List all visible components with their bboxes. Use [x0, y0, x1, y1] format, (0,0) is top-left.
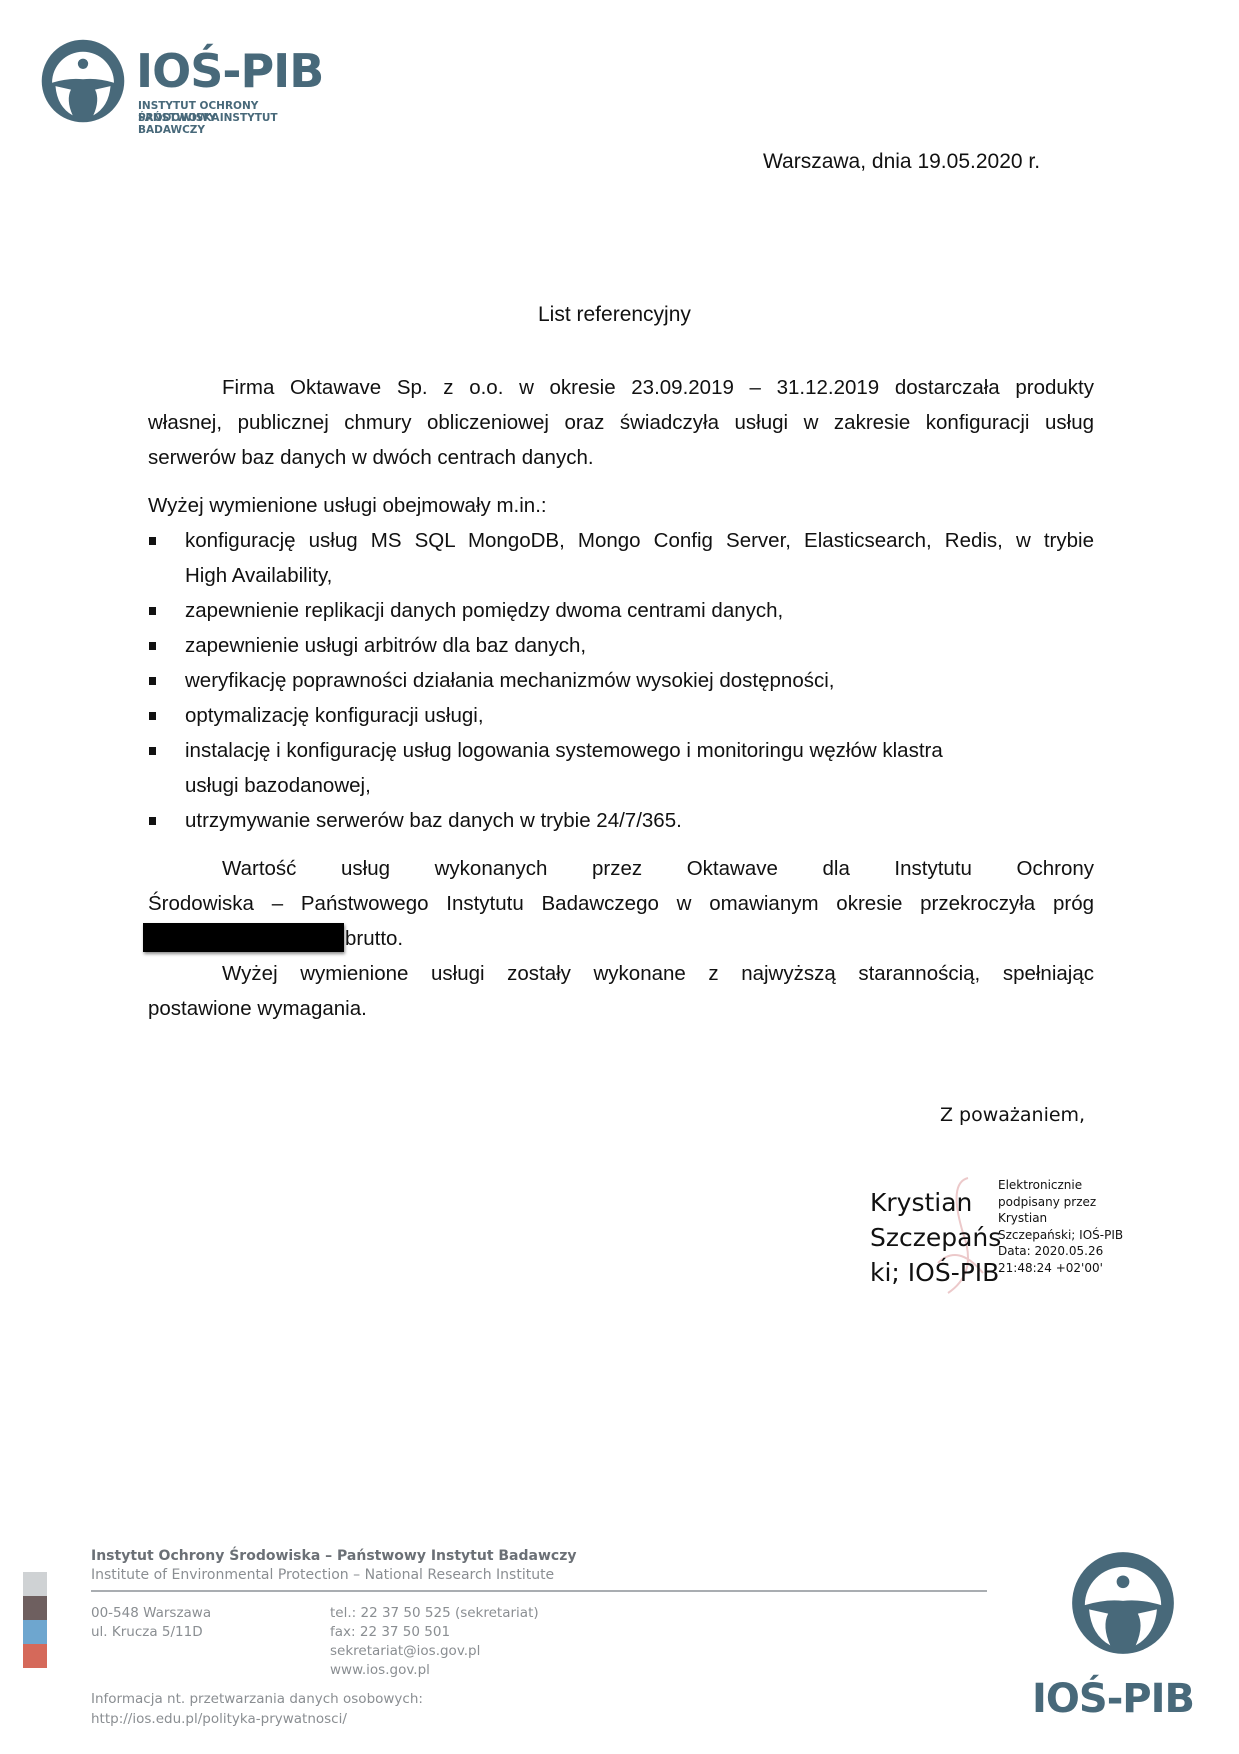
footer-title-pl: Instytut Ochrony Środowiska – Państwowy …	[91, 1548, 576, 1564]
footer-email-link[interactable]: sekretariat@ios.gov.pl	[330, 1642, 539, 1661]
bullet-icon	[149, 607, 156, 615]
bullet-icon	[149, 747, 156, 755]
stripe-red	[23, 1644, 47, 1668]
paragraph-2-line-1: Wartość usług wykonanych przez Oktawave …	[222, 857, 1094, 881]
bullet-icon	[149, 677, 156, 685]
paragraph-3-line-1: Wyżej wymienione usługi zostały wykonane…	[222, 962, 1094, 986]
list-item-text: usługi bazodanowej,	[185, 774, 371, 798]
bullet-icon	[149, 817, 156, 825]
footer-phone: tel.: 22 37 50 525 (sekretariat)	[330, 1604, 539, 1623]
header-logo-name: IOŚ-PIB	[136, 46, 323, 96]
signature-detail-line: Elektronicznie	[998, 1177, 1123, 1194]
paragraph-1-line-3: serwerów baz danych w dwóch centrach dan…	[148, 446, 594, 470]
signature-detail-line: podpisany przez	[998, 1194, 1123, 1211]
stripe-gray	[23, 1572, 47, 1596]
footer-address-line: 00-548 Warszawa	[91, 1604, 211, 1623]
list-item-text: High Availability,	[185, 564, 332, 588]
list-item-text: zapewnienie replikacji danych pomiędzy d…	[185, 599, 783, 623]
list-item-text: zapewnienie usługi arbitrów dla baz dany…	[185, 634, 586, 658]
footer-privacy-link[interactable]: http://ios.edu.pl/polityka-prywatnosci/	[91, 1709, 423, 1729]
header-logo: IOŚ-PIB INSTYTUT OCHRONY ŚRODOWISKA PAŃS…	[40, 38, 340, 148]
bullet-icon	[149, 642, 156, 650]
signer-name-line-1: Krystian	[870, 1185, 972, 1220]
stripe-brown	[23, 1596, 47, 1620]
bullet-icon	[149, 537, 156, 545]
footer-rule	[91, 1590, 987, 1592]
footer-logo-name: IOŚ-PIB	[1032, 1676, 1194, 1722]
footer-title-en: Institute of Environmental Protection – …	[91, 1567, 554, 1583]
stripe-blue	[23, 1620, 47, 1644]
closing: Z poważaniem,	[940, 1104, 1085, 1126]
list-item-text: optymalizację konfiguracji usługi,	[185, 704, 484, 728]
date-line: Warszawa, dnia 19.05.2020 r.	[763, 150, 1040, 174]
digital-signature[interactable]: Krystian Szczepańs ki; IOŚ-PIB Elektroni…	[866, 1165, 1136, 1300]
ios-pib-emblem-icon	[40, 38, 126, 124]
list-intro: Wyżej wymienione usługi obejmowały m.in.…	[148, 494, 547, 518]
footer-color-stripe	[23, 1572, 47, 1668]
signature-detail-line: Data: 2020.05.26	[998, 1243, 1123, 1260]
footer-website-link[interactable]: www.ios.gov.pl	[330, 1661, 539, 1680]
footer-privacy-label: Informacja nt. przetwarzania danych osob…	[91, 1689, 423, 1709]
list-item-text: instalację i konfigurację usług logowani…	[185, 739, 943, 763]
paragraph-1-line-1: Firma Oktawave Sp. z o.o. w okresie 23.0…	[222, 376, 1094, 400]
footer-address: 00-548 Warszawa ul. Krucza 5/11D	[91, 1604, 211, 1642]
letter-title: List referencyjny	[538, 303, 691, 327]
footer-fax: fax: 22 37 50 501	[330, 1623, 539, 1642]
signature-detail-line: Szczepański; IOŚ-PIB	[998, 1227, 1123, 1244]
list-item-text: konfigurację usług MS SQL MongoDB, Mongo…	[185, 529, 1094, 553]
footer-contact: tel.: 22 37 50 525 (sekretariat) fax: 22…	[330, 1604, 539, 1680]
footer-privacy: Informacja nt. przetwarzania danych osob…	[91, 1689, 423, 1729]
paragraph-2-suffix: brutto.	[345, 927, 403, 951]
signer-name-line-3: ki; IOŚ-PIB	[870, 1255, 999, 1290]
paragraph-1-line-2: własnej, publicznej chmury obliczeniowej…	[148, 411, 1094, 435]
signature-detail-line: 21:48:24 +02'00'	[998, 1260, 1123, 1277]
footer-address-line: ul. Krucza 5/11D	[91, 1623, 211, 1642]
paragraph-3-line-2: postawione wymagania.	[148, 997, 367, 1021]
footer-emblem-icon	[1070, 1550, 1176, 1656]
bullet-icon	[149, 712, 156, 720]
paragraph-2-line-2: Środowiska – Państwowego Instytutu Badaw…	[148, 892, 1094, 916]
list-item-text: weryfikację poprawności działania mechan…	[185, 669, 834, 693]
list-item-text: utrzymywanie serwerów baz danych w trybi…	[185, 809, 682, 833]
header-logo-line2: PAŃSTWOWY INSTYTUT BADAWCZY	[138, 112, 340, 136]
signature-detail-line: Krystian	[998, 1210, 1123, 1227]
signature-detail: Elektronicznie podpisany przez Krystian …	[998, 1177, 1123, 1276]
signer-name-line-2: Szczepańs	[870, 1220, 1001, 1255]
redaction-box	[143, 923, 344, 952]
